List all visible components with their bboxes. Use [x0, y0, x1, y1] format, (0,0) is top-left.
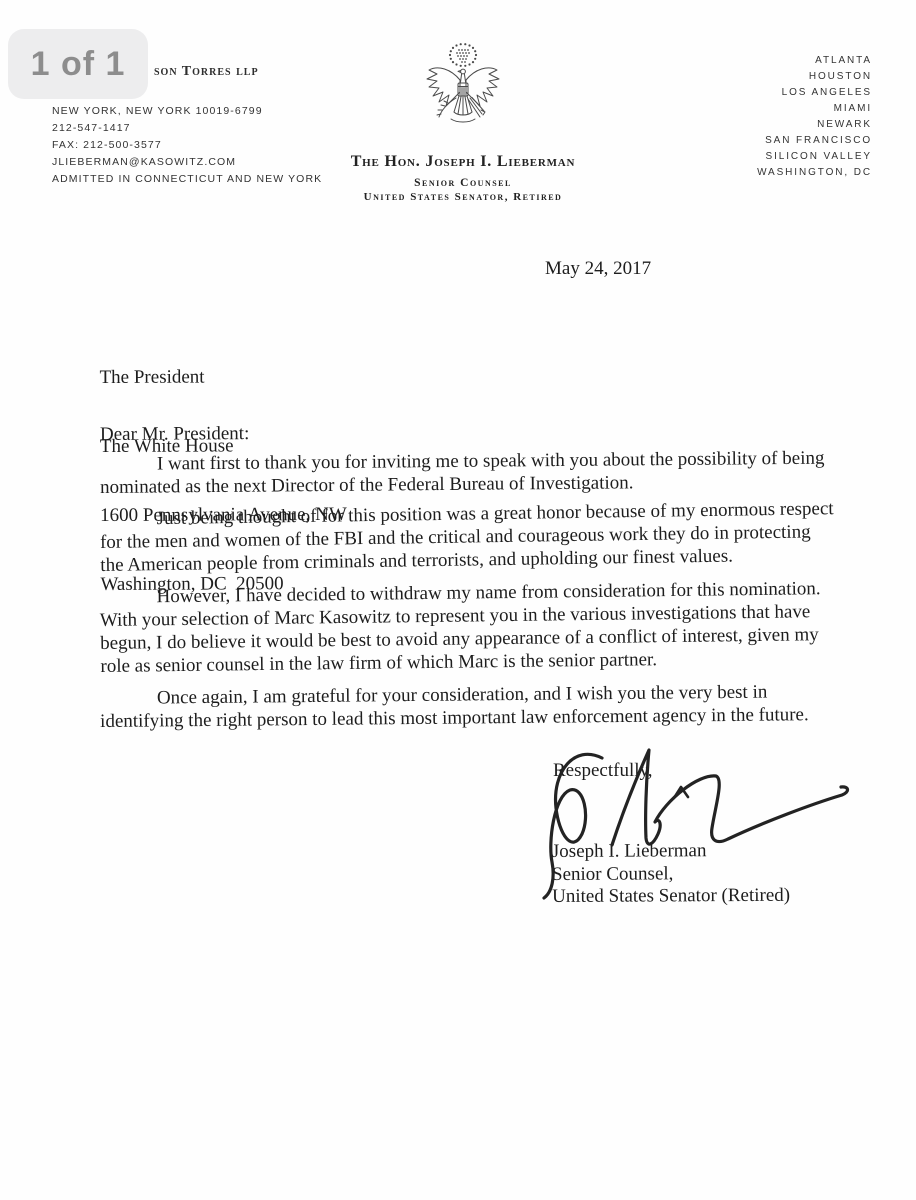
- letterhead-title-senior-counsel: Senior Counsel: [313, 177, 613, 189]
- body-paragraph: Just being thought of for this position …: [99, 497, 837, 577]
- office-location: HOUSTON: [757, 69, 872, 85]
- letter-date: May 24, 2017: [545, 258, 651, 280]
- letterhead-contact-block: NEW YORK, NEW YORK 10019-6799 212-547-14…: [52, 103, 322, 188]
- office-location: SAN FRANCISCO: [757, 133, 872, 149]
- page-indicator-label: 1 of 1: [31, 45, 126, 84]
- letterhead-fax-line: FAX: 212-500-3577: [52, 137, 322, 154]
- office-location: LOS ANGELES: [757, 85, 872, 101]
- letter-body: I want first to thank you for inviting m…: [100, 453, 837, 742]
- letterhead-email-line: JLIEBERMAN@KASOWITZ.COM: [52, 154, 322, 171]
- body-paragraph: I want first to thank you for inviting m…: [100, 447, 837, 499]
- great-seal-eagle-icon: [418, 40, 508, 142]
- office-location: ATLANTA: [757, 53, 872, 69]
- page-indicator-badge: 1 of 1: [8, 29, 148, 99]
- body-paragraph: However, I have decided to withdraw my n…: [99, 577, 837, 678]
- signature-icon: [512, 742, 872, 912]
- letterhead-admitted-line: ADMITTED IN CONNECTICUT AND NEW YORK: [52, 171, 322, 188]
- recipient-line: The President: [99, 365, 346, 389]
- letterhead-title-senator: United States Senator, Retired: [313, 191, 613, 203]
- letterhead-name: The Hon. Joseph I. Lieberman: [313, 153, 613, 171]
- office-location: NEWARK: [757, 117, 872, 133]
- letterhead-address-line: NEW YORK, NEW YORK 10019-6799: [52, 103, 322, 120]
- office-location: WASHINGTON, DC: [757, 165, 872, 181]
- letterhead-center-block: The Hon. Joseph I. Lieberman Senior Coun…: [313, 153, 613, 203]
- office-locations-list: ATLANTA HOUSTON LOS ANGELES MIAMI NEWARK…: [757, 53, 872, 181]
- letterhead-phone-line: 212-547-1417: [52, 120, 322, 137]
- office-location: SILICON VALLEY: [757, 149, 872, 165]
- salutation: Dear Mr. President:: [100, 423, 249, 446]
- body-paragraph: Once again, I am grateful for your consi…: [100, 680, 837, 733]
- office-location: MIAMI: [757, 101, 872, 117]
- letter-page: 1 of 1 son Torres llp NEW YORK, NEW YORK…: [0, 0, 916, 1200]
- firm-name-fragment: son Torres llp: [154, 64, 259, 80]
